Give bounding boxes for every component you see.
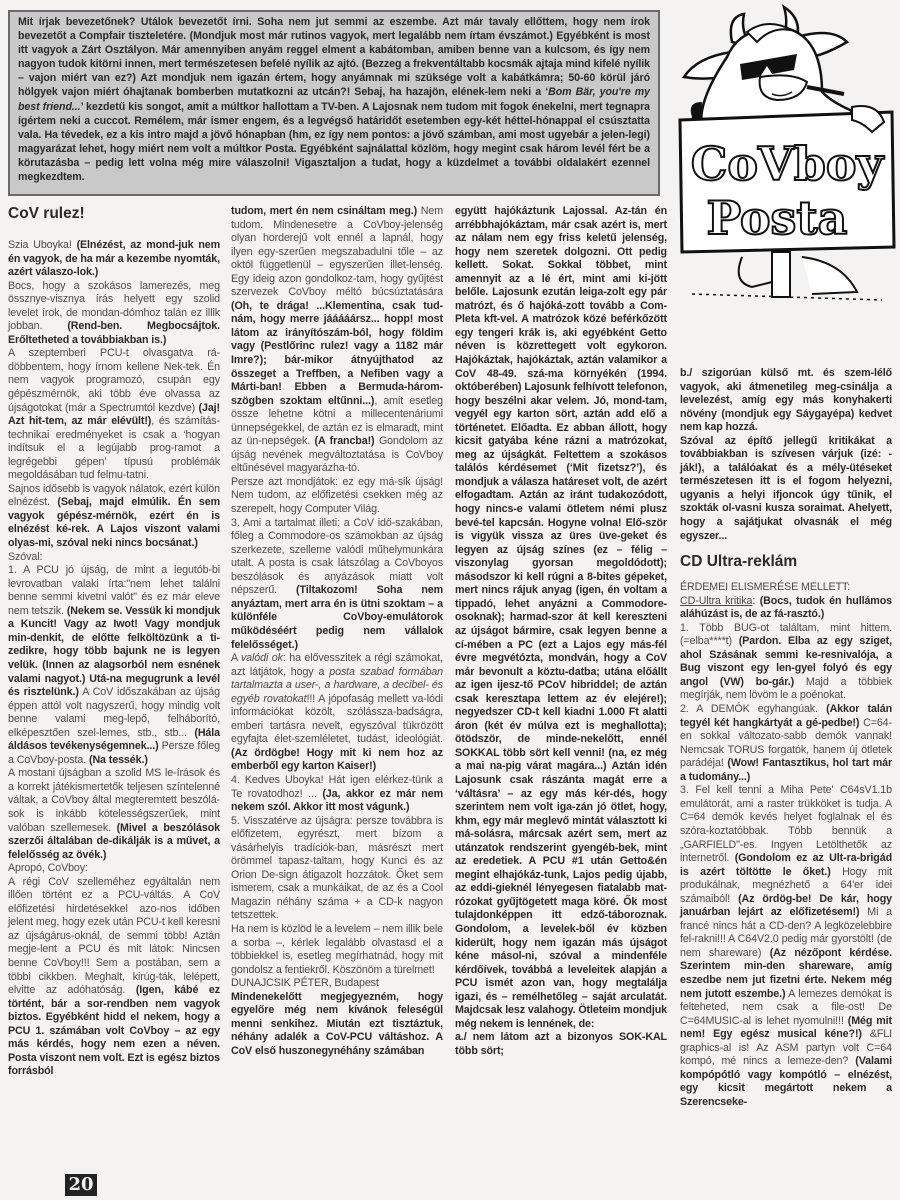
paragraph: A szeptemberi PCU-t olvasgatva rá-döbben… [8, 347, 220, 482]
paragraph: A valódi ok: ha elővesszitek a régi szám… [231, 652, 443, 774]
column-3: együtt hajókáztunk Lajossal. Az-tán én a… [455, 205, 667, 1058]
paragraph: 3. Ami a tartalmat illeti: a CoV idő-sza… [231, 517, 443, 652]
paragraph: Persze azt mondjátok: ez egy má-sik újsá… [231, 476, 443, 517]
intro-caps: ÉRDEMEI ELISMERÉSE MELLETT: [680, 581, 850, 593]
covboy-posta-logo: CoVboy Posta [672, 2, 898, 302]
paragraph: 4. Kedves Uboyka! Hát igen elérkez-tünk … [231, 774, 443, 815]
paragraph: Szóval: [8, 551, 220, 565]
paragraph: A mostani újságban a szolid MS le-írások… [8, 767, 220, 862]
paragraph: b./ szigorúan külső mt. és szem-lélő vag… [680, 367, 892, 435]
page-number: 20 [65, 1174, 97, 1196]
intro-text-end: ’ kezdetű kis songot, amit a múltkor hal… [18, 101, 650, 183]
column-1: CoV rulez! Szia Uboyka! (Elnézést, az mo… [8, 205, 220, 1079]
article2-subtitle: CD-Ultra kritika [680, 595, 752, 607]
paragraph: Mindenekelőtt megjegyezném, hogy egyelőr… [231, 991, 443, 1059]
reply-column-4: b./ szigorúan külső mt. és szem-lélő vag… [680, 367, 892, 543]
svg-text:CoVboy: CoVboy [691, 137, 885, 191]
paragraph: A régi CoV szelleméhez egyáltalán nem il… [8, 876, 220, 1079]
paragraph: tudom, mert én nem csináltam meg.) Nem t… [231, 205, 443, 476]
intro-box: Mit írjak bevezetőnek? Utálok bevezetőt … [8, 10, 660, 196]
paragraph: 5. Visszatérve az újságra: persze tovább… [231, 815, 443, 923]
paragraph: 2. A DEMÓK egyhangúak. (Akkor talán tegy… [680, 703, 892, 784]
paragraph: 3. Fel kell tenni a Miha Pete' C64sV1.1b… [680, 784, 892, 1109]
paragraph: együtt hajókáztunk Lajossal. Az-tán én a… [455, 205, 667, 1031]
cow-cartoon-icon: CoVboy Posta [672, 2, 898, 302]
letter-column-2: tudom, mert én nem csináltam meg.) Nem t… [231, 205, 443, 1058]
paragraph: a./ nem látom azt a bizonyos SOK-KAL töb… [455, 1031, 667, 1058]
article-heading: CoV rulez! [8, 205, 220, 223]
article2-heading: CD Ultra-reklám [680, 553, 892, 571]
paragraph: DUNAJCSIK PÉTER, Budapest [231, 977, 443, 991]
svg-text:Posta: Posta [707, 191, 848, 245]
article2-body: 1. Több BUG-ot találtam, mint hittem. (=… [680, 622, 892, 1110]
paragraph: 1. Több BUG-ot találtam, mint hittem. (=… [680, 622, 892, 703]
paragraph: Ha nem is közlöd le a levelem – nem illi… [231, 923, 443, 977]
paragraph: Sajnos idősebb is vagyok nálatok, ezért … [8, 483, 220, 551]
letter-column-1: Szia Uboyka! (Elnézést, az mond-juk nem … [8, 239, 220, 1079]
paragraph: Apropó, CoVboy: [8, 862, 220, 876]
article2-intro: ÉRDEMEI ELISMERÉSE MELLETT:CD-Ultra krit… [680, 581, 892, 622]
paragraph: 1. A PCU jó újság, de mint a legutób-bi … [8, 564, 220, 767]
paragraph: Bocs, hogy a szokásos lamerezés, meg öss… [8, 280, 220, 348]
paragraph: Szia Uboyka! (Elnézést, az mond-juk nem … [8, 239, 220, 280]
column-4: b./ szigorúan külső mt. és szem-lélő vag… [680, 367, 892, 1109]
reply-column-3: együtt hajókáztunk Lajossal. Az-tán én a… [455, 205, 667, 1058]
column-2: tudom, mert én nem csináltam meg.) Nem t… [231, 205, 443, 1058]
paragraph: Szóval az építő jellegű kritikákat a tov… [680, 435, 892, 543]
